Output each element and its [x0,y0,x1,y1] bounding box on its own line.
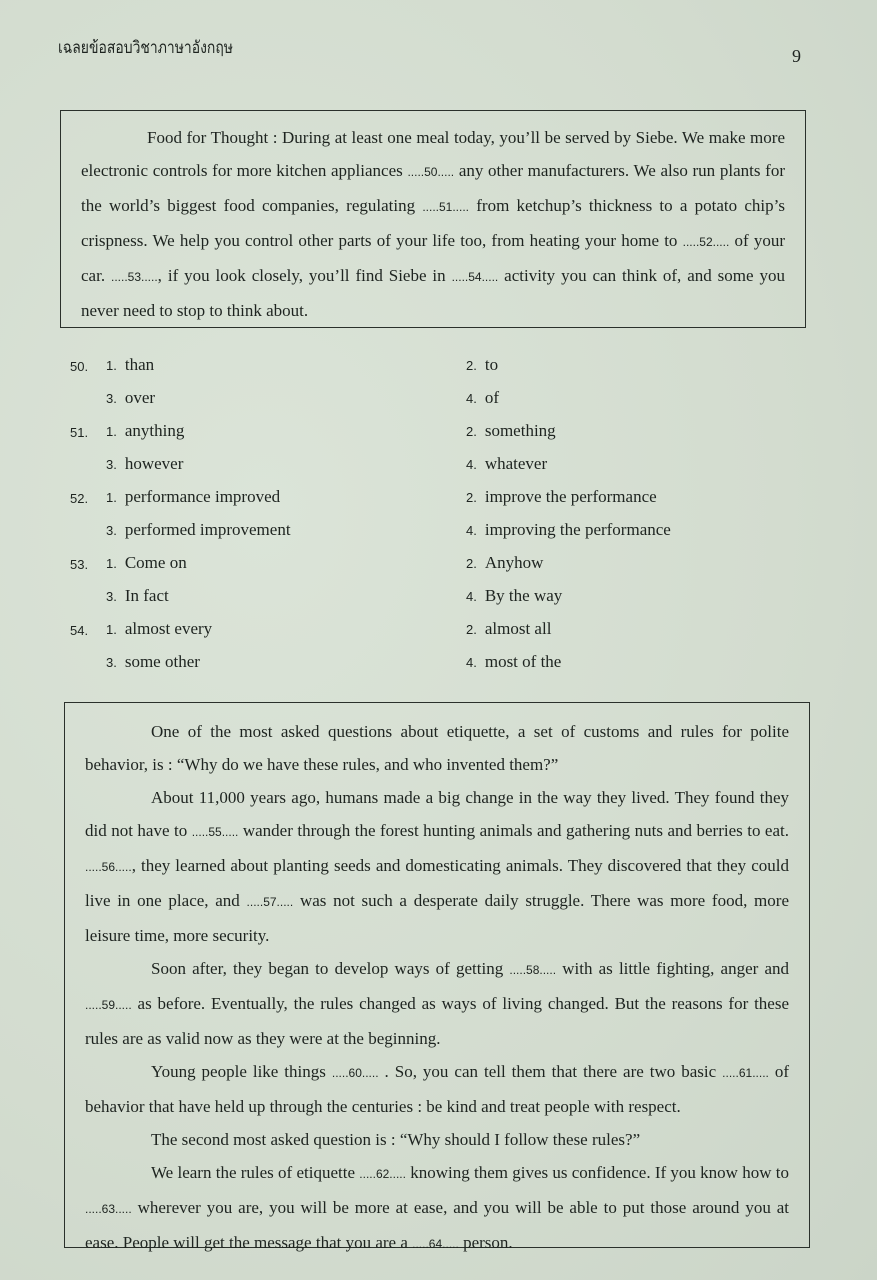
option-text: anything [125,421,185,440]
paragraph: The second most asked question is : “Why… [85,1123,789,1156]
blank-marker: .....63..... [85,1202,132,1216]
question-number: 50. [70,359,88,374]
blank-marker: .....50..... [407,165,454,179]
option-number: 4. [466,589,477,604]
option-number: 3. [106,523,117,538]
passage-text: Food for Thought : During at least one m… [81,121,785,327]
blank-marker: .....53..... [111,270,158,284]
paragraph: One of the most asked questions about et… [85,715,789,781]
option-number: 3. [106,391,117,406]
text-segment: knowing them gives us confidence. If you… [406,1163,789,1182]
answer-option[interactable]: 3.some other [106,652,200,672]
text-segment: Young people like things [151,1062,332,1081]
text-segment: We learn the rules of etiquette [151,1163,359,1182]
answer-option[interactable]: 2.to [466,355,498,375]
answer-option[interactable]: 4.By the way [466,586,562,606]
option-text: improve the performance [485,487,657,506]
option-text: some other [125,652,200,671]
passage-etiquette: One of the most asked questions about et… [64,702,810,1248]
answer-option[interactable]: 2.improve the performance [466,487,657,507]
option-number: 1. [106,358,117,373]
option-text: In fact [125,586,169,605]
answer-option[interactable]: 2.something [466,421,556,441]
option-text: performance improved [125,487,280,506]
paragraph: About 11,000 years ago, humans made a bi… [85,781,789,952]
option-number: 3. [106,589,117,604]
option-text: however [125,454,184,473]
blank-marker: .....64..... [412,1237,459,1251]
option-number: 1. [106,622,117,637]
question-row: 52.1.performance improved2.improve the p… [70,487,770,520]
paragraph: Soon after, they began to develop ways o… [85,952,789,1055]
answer-option[interactable]: 2.Anyhow [466,553,543,573]
answer-option[interactable]: 1.anything [106,421,184,441]
question-row: 54.1.almost every2.almost all [70,619,770,652]
blank-marker: .....56..... [85,860,132,874]
option-text: Come on [125,553,187,572]
option-number: 2. [466,622,477,637]
blank-marker: .....59..... [85,998,132,1012]
question-row: 51.1.anything2.something [70,421,770,454]
answer-option[interactable]: 4.of [466,388,499,408]
option-text: improving the performance [485,520,671,539]
answer-option[interactable]: 1.performance improved [106,487,280,507]
option-number: 2. [466,358,477,373]
option-text: to [485,355,498,374]
text-segment: Soon after, they began to develop ways o… [151,959,509,978]
paragraph: We learn the rules of etiquette .....62.… [85,1156,789,1261]
blank-marker: .....51..... [422,200,469,214]
option-number: 3. [106,655,117,670]
text-segment: with as little fighting, anger and [556,959,789,978]
option-text: most of the [485,652,562,671]
answer-option[interactable]: 3.In fact [106,586,169,606]
text-segment: wander through the forest hunting animal… [238,821,789,840]
option-number: 2. [466,424,477,439]
question-number: 51. [70,425,88,440]
answer-option[interactable]: 3.however [106,454,183,474]
answer-option[interactable]: 3.over [106,388,155,408]
blank-marker: .....57..... [247,895,294,909]
option-number: 1. [106,490,117,505]
option-number: 3. [106,457,117,472]
answer-option[interactable]: 2.almost all [466,619,551,639]
option-number: 4. [466,391,477,406]
answer-option[interactable]: 1.almost every [106,619,212,639]
answer-option[interactable]: 4.most of the [466,652,561,672]
option-number: 4. [466,457,477,472]
blank-marker: .....52..... [683,235,730,249]
question-number: 53. [70,557,88,572]
page-number: 9 [792,46,801,67]
option-text: of [485,388,499,407]
option-text: over [125,388,155,407]
question-row: 3.however4.whatever [70,454,770,487]
option-text: almost all [485,619,552,638]
paragraph: Young people like things .....60..... . … [85,1055,789,1123]
blank-marker: .....60..... [332,1066,379,1080]
question-list: 50.1.than2.to3.over4.of51.1.anything2.so… [70,355,770,685]
text-segment: person. [459,1233,513,1252]
passage-body: One of the most asked questions about et… [85,715,789,1261]
blank-marker: .....61..... [722,1066,769,1080]
question-row: 50.1.than2.to [70,355,770,388]
blank-marker: .....58..... [509,963,556,977]
option-number: 1. [106,424,117,439]
question-row: 3.performed improvement4.improving the p… [70,520,770,553]
option-number: 4. [466,523,477,538]
option-text: Anyhow [485,553,544,572]
text-segment: . So, you can tell them that there are t… [379,1062,723,1081]
answer-option[interactable]: 4.whatever [466,454,547,474]
passage-food-for-thought: Food for Thought : During at least one m… [60,110,806,328]
text-segment: as before. Eventually, the rules changed… [85,994,789,1048]
blank-marker: .....55..... [192,825,239,839]
blank-marker: .....54..... [452,270,499,284]
option-number: 2. [466,556,477,571]
text-segment: One of the most asked questions about et… [85,722,789,774]
answer-option[interactable]: 1.Come on [106,553,187,573]
option-text: By the way [485,586,562,605]
answer-option[interactable]: 3.performed improvement [106,520,291,540]
option-number: 2. [466,490,477,505]
question-row: 53.1.Come on2.Anyhow [70,553,770,586]
question-number: 52. [70,491,88,506]
question-row: 3.In fact4.By the way [70,586,770,619]
option-text: whatever [485,454,547,473]
answer-option[interactable]: 4.improving the performance [466,520,671,540]
option-number: 1. [106,556,117,571]
option-text: something [485,421,556,440]
option-text: than [125,355,154,374]
option-number: 4. [466,655,477,670]
question-number: 54. [70,623,88,638]
answer-option[interactable]: 1.than [106,355,154,375]
text-segment: , if you look closely, you’ll find Siebe… [158,266,452,285]
option-text: performed improvement [125,520,291,539]
blank-marker: .....62..... [359,1167,406,1181]
header-title: เฉลยข้อสอบวิชาภาษาอังกฤษ [58,34,233,61]
question-row: 3.over4.of [70,388,770,421]
option-text: almost every [125,619,212,638]
question-row: 3.some other4.most of the [70,652,770,685]
text-segment: The second most asked question is : “Why… [151,1130,640,1149]
